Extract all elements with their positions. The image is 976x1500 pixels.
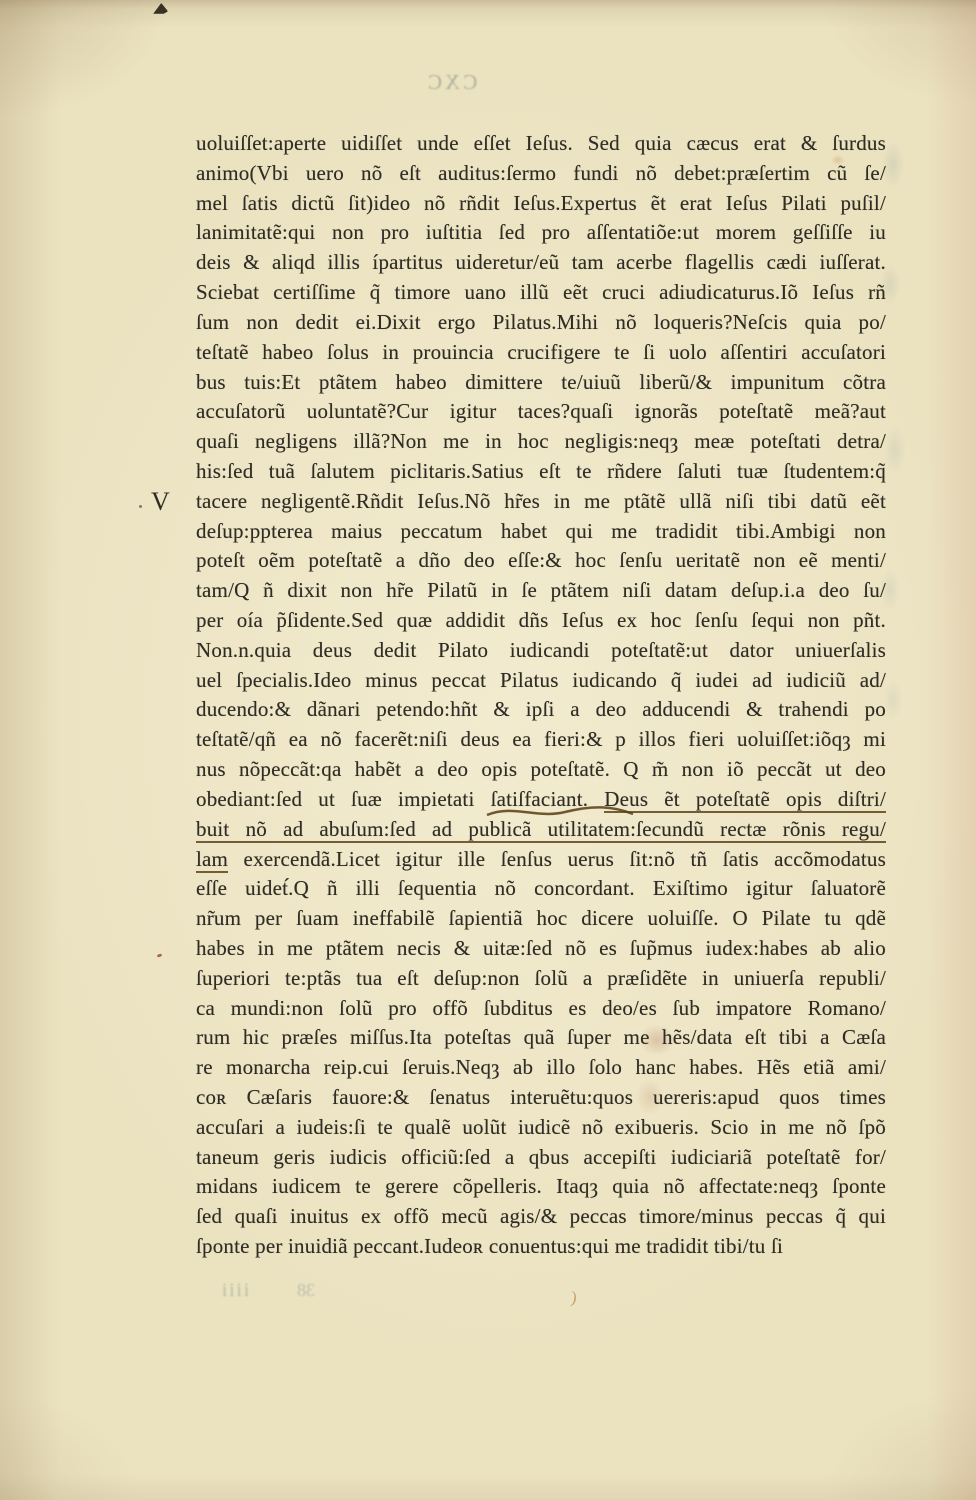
text-segment: accuſatorũ uoluntatẽ?Cur igitur taces?qu… (196, 399, 886, 423)
text-segment: habes in me ptãtem necis & uitæ:ſed nõ e… (196, 936, 886, 960)
text-line: habes in me ptãtem necis & uitæ:ſed nõ e… (196, 936, 886, 966)
text-line: rum hic præſes miſſus.Ita poteſtas quã ſ… (196, 1025, 886, 1055)
text-segment: taneum geris iudicis officiũ:ſed a qbus … (196, 1145, 886, 1169)
text-line: teſtatẽ habeo ſolus in prouincia crucifi… (196, 340, 886, 370)
text-line: accuſari a iudeis:ſi te qualẽ uolũt iudi… (196, 1115, 886, 1145)
text-line: uel ſpecialis.Ideo minus peccat Pilatus … (196, 668, 886, 698)
text-line: midans iudicem te gerere cõpelleris. Ita… (196, 1174, 886, 1204)
text-segment: mel ſatis dictũ ſit)ideo nõ rñdit Ieſus.… (196, 191, 886, 215)
text-line: accuſatorũ uoluntatẽ?Cur igitur taces?qu… (196, 399, 886, 429)
text-line: eſſe uidet́.Q ñ illi ſequentia nõ concor… (196, 876, 886, 906)
text-segment: deſup:ppterea maius peccatum habet qui m… (196, 519, 886, 543)
text-segment: uoluiſſet:aperte uidiſſet unde eſſet Ieſ… (196, 131, 886, 155)
text-segment: quaſi negligens illã?Non me in hoc negli… (196, 429, 886, 453)
text-line: taneum geris iudicis officiũ:ſed a qbus … (196, 1145, 886, 1175)
text-segment: ſuperiori te:ptãs tua eſt deſup:non ſolũ… (196, 966, 886, 990)
text-line: ſum non dedit ei.Dixit ergo Pilatus.Mihi… (196, 310, 886, 340)
text-segment: Non.n.quia deus dedit Pilato iudicandi p… (196, 638, 886, 662)
text-segment: teſtatẽ/qñ ea nõ facerẽt:niſi deus ea fi… (196, 727, 886, 751)
text-segment: animo(Vbi uero nõ eſt auditus:ſermo fund… (196, 161, 886, 185)
text-line: animo(Vbi uero nõ eſt auditus:ſermo fund… (196, 161, 886, 191)
text-line: bus tuis:Et ptãtem habeo dimittere te/ui… (196, 370, 886, 400)
text-line: uoluiſſet:aperte uidiſſet unde eſſet Ieſ… (196, 131, 886, 161)
text-segment: nus nõpeccãt:qa habẽt a deo opis poteſta… (196, 757, 886, 781)
annotated-text-segment: buit nõ ad abuſum:ſed ad publicã utilita… (196, 817, 886, 843)
text-segment: rum hic præſes miſſus.Ita poteſtas quã ſ… (196, 1025, 886, 1049)
text-line: tam/Q ñ dixit non hr̃e Pilatũ in ſe ptãt… (196, 578, 886, 608)
signature-showthrough-left: iiii (222, 1280, 251, 1302)
text-segment: uel ſpecialis.Ideo minus peccat Pilatus … (196, 668, 886, 692)
red-speck (157, 953, 163, 958)
folio-number-showthrough: CXC (425, 70, 477, 95)
text-segment: poteſt oẽm poteſtatẽ a dño deo eſſe:& ho… (196, 548, 886, 572)
text-segment: midans iudicem te gerere cõpelleris. Ita… (196, 1174, 886, 1198)
text-segment: obediant:ſed ut ſuæ impietati (196, 787, 491, 811)
text-segment: re monarcha reip.cui ſeruis.Neqȝ ab illo… (196, 1055, 886, 1079)
text-line: re monarcha reip.cui ſeruis.Neqȝ ab illo… (196, 1055, 886, 1085)
text-line: lanimitatẽ:qui non pro iuſtitia ſed pro … (196, 220, 886, 250)
annotated-text-segment: ſatiſfaciant (491, 787, 583, 811)
text-segment: coʀ Cæſaris fauore:& ſenatus interuẽtu:q… (196, 1085, 886, 1109)
ink-spot (153, 3, 168, 14)
text-line: ca mundi:non ſolũ pro offõ ſubditus es d… (196, 996, 886, 1026)
signature-showthrough-right: 38 (297, 1280, 315, 1301)
text-line: nr̃um per ſuam ineffabilẽ ſapientiã hoc … (196, 906, 886, 936)
text-line: obediant:ſed ut ſuæ impietati ſatiſfacia… (196, 787, 886, 817)
text-segment: ducendo:& dãnari petendo:hñt & ipſi a de… (196, 697, 886, 721)
manuscript-page: CXC V uoluiſſet:aperte uidiſſet unde eſſ… (0, 0, 976, 1500)
text-segment: exercendã.Licet igitur ille ſenſus uerus… (228, 847, 886, 871)
annotated-text-segment: Deus ẽt poteſtatẽ opis diſtri/ (604, 787, 886, 813)
text-line: ſponte per inuidiã peccant.Iudeoʀ conuen… (196, 1234, 886, 1264)
text-line: poteſt oẽm poteſtatẽ a dño deo eſſe:& ho… (196, 548, 886, 578)
text-line: tacere negligentẽ.Rñdit Ieſus.Nõ hr̃es i… (196, 489, 886, 519)
text-line: quaſi negligens illã?Non me in hoc negli… (196, 429, 886, 459)
text-line: ſed quaſi inuitus ex offõ mecũ agis/& pe… (196, 1204, 886, 1234)
text-segment: deis & aliqd illis ípartitus uideretur/e… (196, 250, 886, 274)
text-segment: tacere negligentẽ.Rñdit Ieſus.Nõ hr̃es i… (196, 489, 886, 513)
text-block: uoluiſſet:aperte uidiſſet unde eſſet Ieſ… (196, 131, 886, 1264)
text-segment: ſed quaſi inuitus ex offõ mecũ agis/& pe… (196, 1204, 886, 1228)
text-line: buit nõ ad abuſum:ſed ad publicã utilita… (196, 817, 886, 847)
text-line: deſup:ppterea maius peccatum habet qui m… (196, 519, 886, 549)
text-line: lam exercendã.Licet igitur ille ſenſus u… (196, 847, 886, 877)
text-segment: ſum non dedit ei.Dixit ergo Pilatus.Mihi… (196, 310, 886, 334)
text-segment: ſponte per inuidiã peccant.Iudeoʀ conuen… (196, 1234, 783, 1258)
text-segment: accuſari a iudeis:ſi te qualẽ uolũt iudi… (196, 1115, 886, 1139)
text-line: nus nõpeccãt:qa habẽt a deo opis poteſta… (196, 757, 886, 787)
annotated-text-segment: lam (196, 847, 228, 873)
text-segment: eſſe uidet́.Q ñ illi ſequentia nõ concor… (196, 876, 886, 900)
text-segment: tam/Q ñ dixit non hr̃e Pilatũ in ſe ptãt… (196, 578, 886, 602)
text-line: mel ſatis dictũ ſit)ideo nõ rñdit Ieſus.… (196, 191, 886, 221)
text-line: ducendo:& dãnari petendo:hñt & ipſi a de… (196, 697, 886, 727)
text-line: Non.n.quia deus dedit Pilato iudicandi p… (196, 638, 886, 668)
text-segment: bus tuis:Et ptãtem habeo dimittere te/ui… (196, 370, 886, 394)
text-segment: lanimitatẽ:qui non pro iuſtitia ſed pro … (196, 220, 886, 244)
text-segment: per oía p̃ſidente.Sed quæ addidit dñs Ie… (196, 608, 886, 632)
text-line: his:ſed tuã ſalutem piclitaris.Satius eſ… (196, 459, 886, 489)
text-line: teſtatẽ/qñ ea nõ facerẽt:niſi deus ea fi… (196, 727, 886, 757)
text-line: coʀ Cæſaris fauore:& ſenatus interuẽtu:q… (196, 1085, 886, 1115)
text-segment: ca mundi:non ſolũ pro offõ ſubditus es d… (196, 996, 886, 1020)
text-segment: . (583, 787, 605, 811)
text-segment: teſtatẽ habeo ſolus in prouincia crucifi… (196, 340, 886, 364)
text-line: deis & aliqd illis ípartitus uideretur/e… (196, 250, 886, 280)
text-line: Sciebat certiſſime q̃ timore uano illũ e… (196, 280, 886, 310)
text-segment: nr̃um per ſuam ineffabilẽ ſapientiã hoc … (196, 906, 886, 930)
text-segment: his:ſed tuã ſalutem piclitaris.Satius eſ… (196, 459, 886, 483)
text-line: per oía p̃ſidente.Sed quæ addidit dñs Ie… (196, 608, 886, 638)
margin-letter: V (151, 487, 170, 517)
text-line: ſuperiori te:ptãs tua eſt deſup:non ſolũ… (196, 966, 886, 996)
text-segment: Sciebat certiſſime q̃ timore uano illũ e… (196, 280, 886, 304)
crescent-stain: ) (570, 1288, 578, 1309)
